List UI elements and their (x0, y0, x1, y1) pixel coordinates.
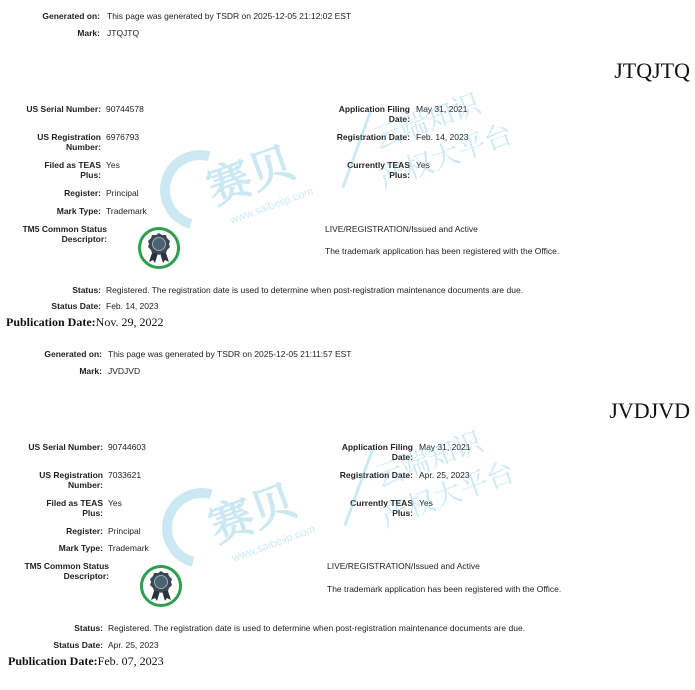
mark-title: JTQJTQ (614, 58, 690, 84)
registration-number-label: US Registration Number: (5, 132, 101, 152)
publication-date: Publication Date:Nov. 29, 2022 (6, 315, 164, 330)
status-label: Status: (5, 623, 103, 633)
mark-type-value: Trademark (106, 206, 147, 216)
tm5-status-description: The trademark application has been regis… (325, 246, 559, 256)
status-label: Status: (5, 285, 101, 295)
status-date-value: Apr. 25, 2023 (108, 640, 159, 650)
serial-number-value: 90744578 (106, 104, 144, 114)
publication-date-label: Publication Date: (8, 654, 98, 668)
registration-date-value: Apr. 25, 2023 (419, 470, 470, 480)
filing-date-label: Application Filing Date: (323, 104, 410, 124)
registration-date-value: Feb. 14, 2023 (416, 132, 468, 142)
watermark-url: www.saibeiip.com (231, 523, 317, 564)
serial-number-value: 90744603 (108, 442, 146, 452)
watermark-slogan-2: 产权大平台 (372, 112, 517, 197)
filing-date-value: May 31, 2021 (419, 442, 471, 452)
watermark-brand: 赛贝 (197, 127, 302, 217)
tm5-status-value: LIVE/REGISTRATION/Issued and Active (327, 561, 480, 571)
tm5-status-value: LIVE/REGISTRATION/Issued and Active (325, 224, 478, 234)
status-value: Registered. The registration date is use… (108, 623, 525, 633)
tm5-status-label: TM5 Common Status Descriptor: (5, 561, 109, 581)
filed-teas-plus-label: Filed as TEAS Plus: (35, 160, 101, 180)
currently-teas-plus-label: Currently TEAS Plus: (347, 498, 413, 518)
generated-on-value: This page was generated by TSDR on 2025-… (107, 11, 351, 21)
registration-number-value: 6976793 (106, 132, 139, 142)
registration-date-label: Registration Date: (325, 470, 413, 480)
serial-number-label: US Serial Number: (5, 104, 101, 114)
mark-title: JVDJVD (609, 398, 690, 424)
serial-number-label: US Serial Number: (5, 442, 103, 452)
status-date-value: Feb. 14, 2023 (106, 301, 158, 311)
status-date-label: Status Date: (5, 301, 101, 311)
register-label: Register: (5, 526, 103, 536)
filing-date-value: May 31, 2021 (416, 104, 468, 114)
watermark-slogan-2: 产权大平台 (374, 450, 519, 535)
watermark-brand: 赛贝 (199, 465, 304, 555)
generated-on-label: Generated on: (10, 349, 102, 359)
generated-on-label: Generated on: (10, 11, 100, 21)
publication-date-value: Feb. 07, 2023 (98, 654, 164, 668)
registration-date-label: Registration Date: (323, 132, 410, 142)
register-value: Principal (108, 526, 141, 536)
filed-teas-plus-value: Yes (106, 160, 120, 170)
mark-type-value: Trademark (108, 543, 149, 553)
registration-number-label: US Registration Number: (5, 470, 103, 490)
watermark-url: www.saibeiip.com (229, 185, 315, 226)
currently-teas-plus-value: Yes (419, 498, 433, 508)
publication-date: Publication Date:Feb. 07, 2023 (8, 654, 164, 669)
filing-date-label: Application Filing Date: (325, 442, 413, 462)
mark-type-label: Mark Type: (5, 543, 103, 553)
mark-label: Mark: (10, 28, 100, 38)
registered-award-ribbon-icon (139, 564, 183, 608)
publication-date-label: Publication Date: (6, 315, 96, 329)
mark-label: Mark: (10, 366, 102, 376)
status-date-label: Status Date: (5, 640, 103, 650)
mark-value: JTQJTQ (107, 28, 139, 38)
currently-teas-plus-label: Currently TEAS Plus: (345, 160, 410, 180)
currently-teas-plus-value: Yes (416, 160, 430, 170)
filed-teas-plus-label: Filed as TEAS Plus: (37, 498, 103, 518)
generated-on-value: This page was generated by TSDR on 2025-… (108, 349, 352, 359)
register-value: Principal (106, 188, 139, 198)
register-label: Register: (5, 188, 101, 198)
mark-type-label: Mark Type: (5, 206, 101, 216)
registration-number-value: 7033621 (108, 470, 141, 480)
tm5-status-label: TM5 Common Status Descriptor: (5, 224, 107, 244)
status-value: Registered. The registration date is use… (106, 285, 523, 295)
filed-teas-plus-value: Yes (108, 498, 122, 508)
registered-award-ribbon-icon (137, 226, 181, 270)
tm5-status-description: The trademark application has been regis… (327, 584, 561, 594)
mark-value: JVDJVD (108, 366, 140, 376)
publication-date-value: Nov. 29, 2022 (96, 315, 164, 329)
